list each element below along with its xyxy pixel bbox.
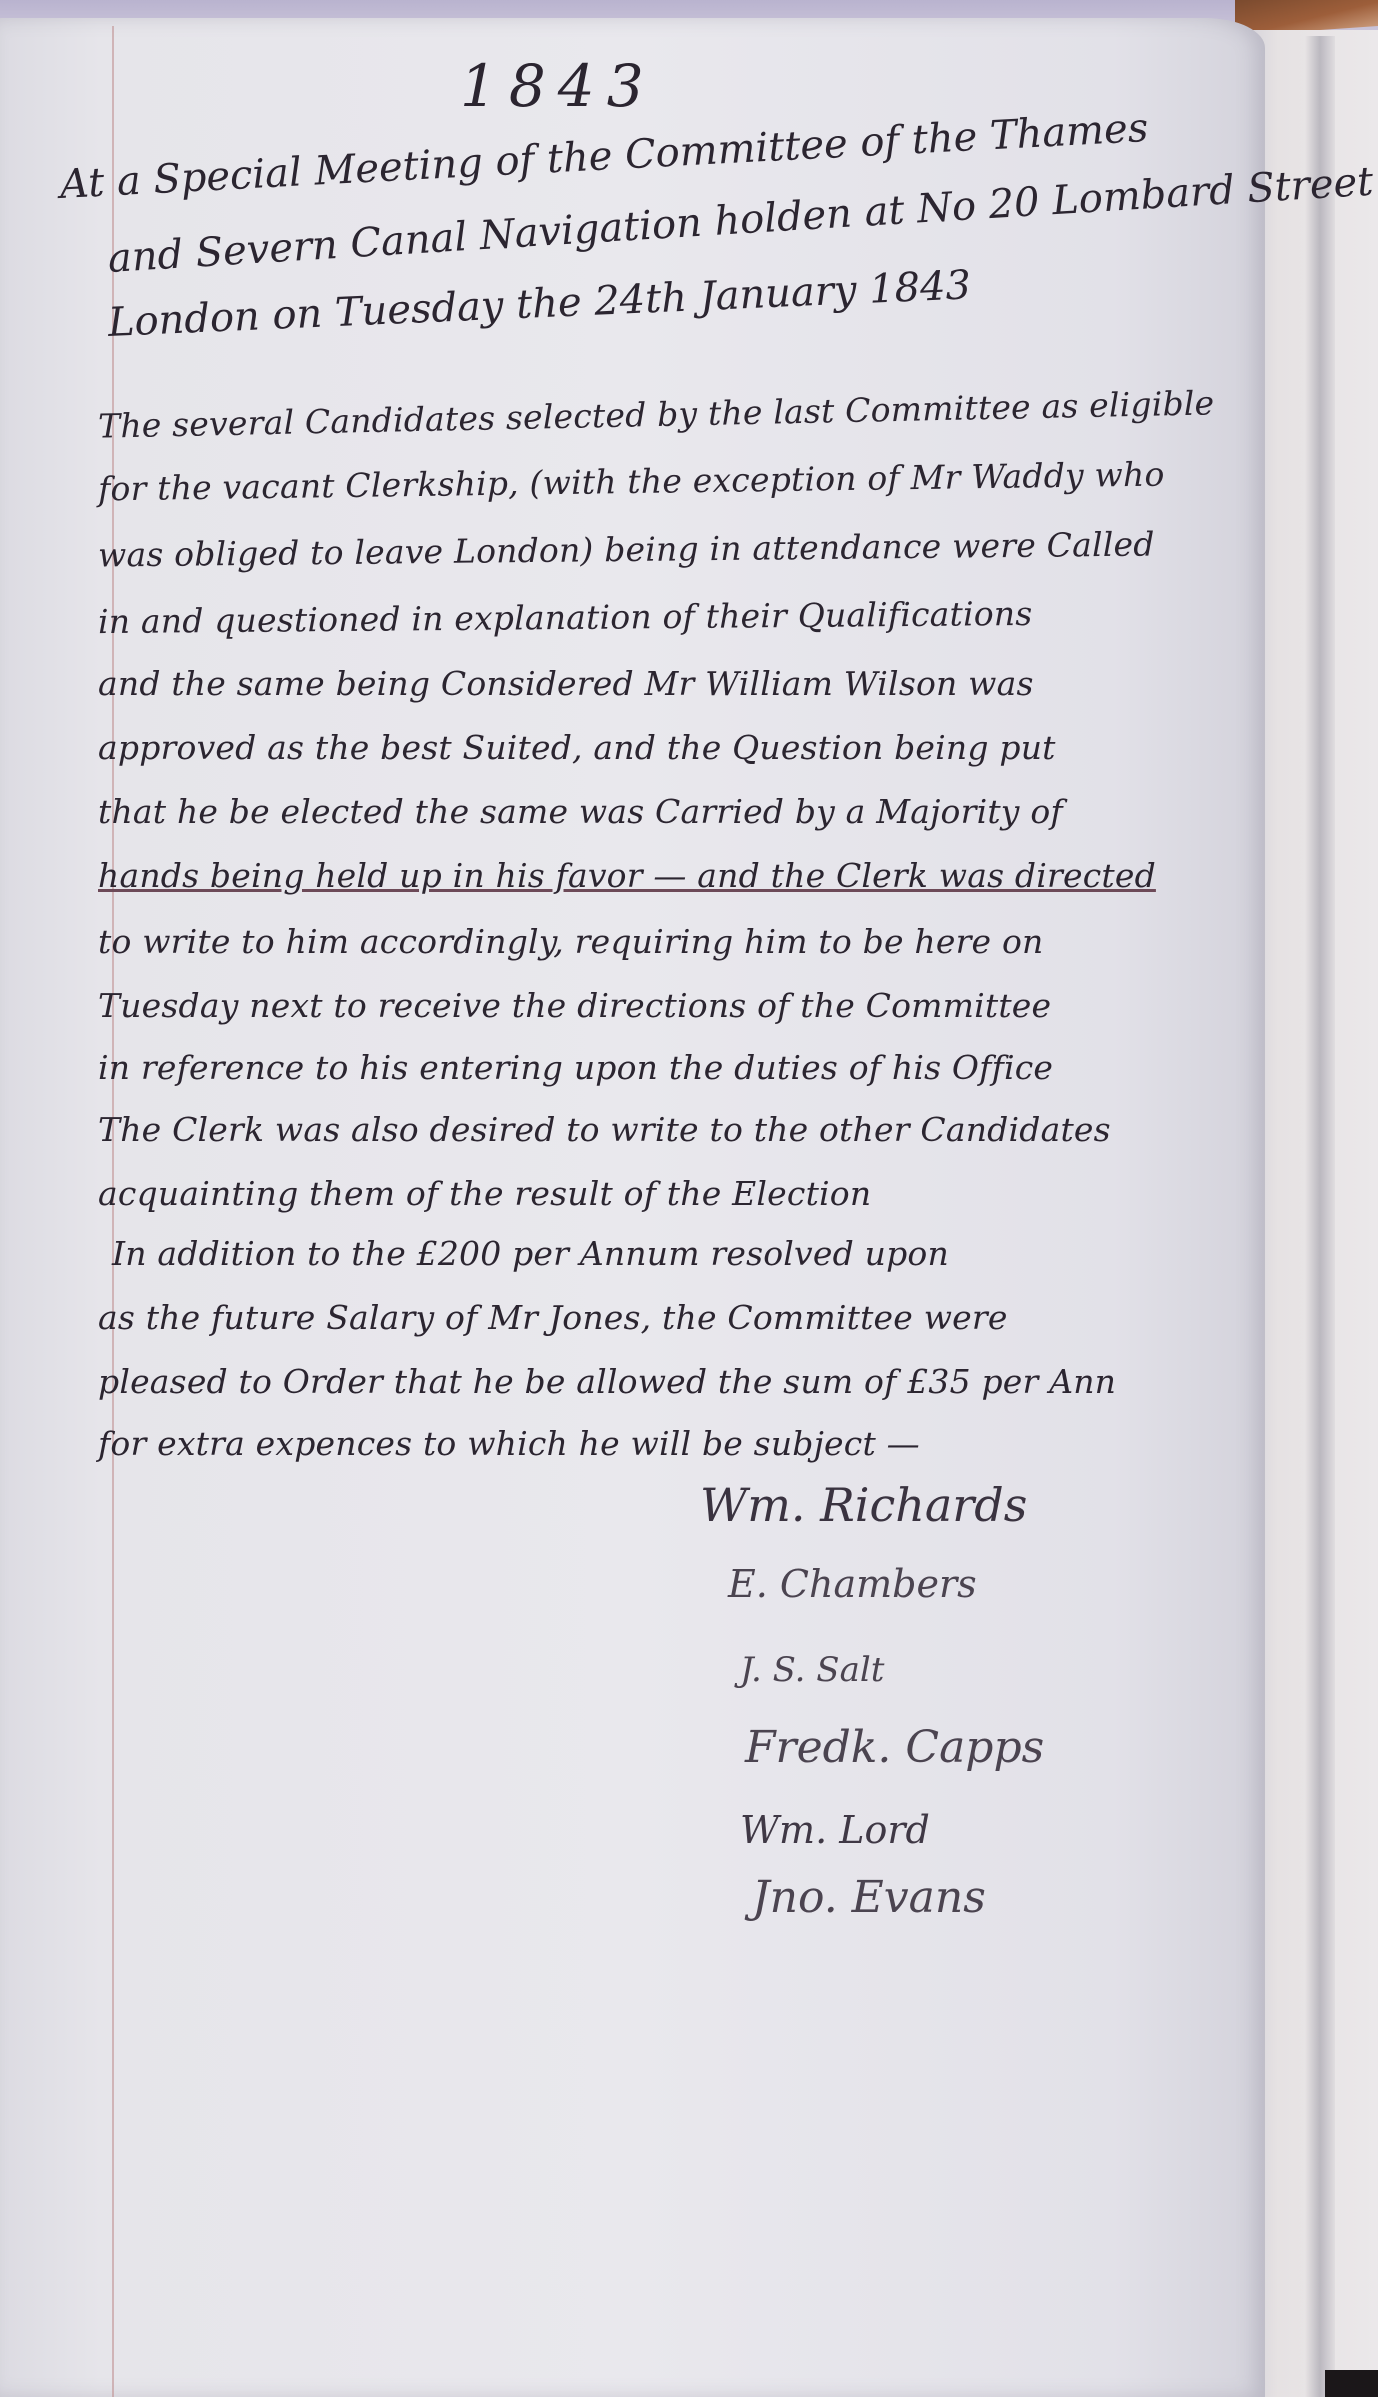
page-gutter-shadow [1305, 36, 1335, 2397]
minute-line: in reference to his entering upon the du… [98, 1048, 1053, 1087]
signature: Fredk. Capps [745, 1722, 1044, 1773]
year-header: 1843 [460, 52, 656, 120]
minute-line: and the same being Considered Mr William… [98, 664, 1034, 703]
minute-line: to write to him accordingly, requiring h… [98, 922, 1044, 961]
minute-line: approved as the best Suited, and the Que… [98, 728, 1056, 767]
minute-line: hands being held up in his favor — and t… [98, 856, 1156, 895]
minute-line: that he be elected the same was Carried … [98, 792, 1063, 831]
minute-line: acquainting them of the result of the El… [98, 1174, 871, 1213]
book-cover-corner [1325, 2370, 1378, 2397]
signature: J. S. Salt [740, 1650, 884, 1690]
minute-line: for extra expences to which he will be s… [98, 1424, 920, 1463]
signature: Wm. Richards [700, 1478, 1027, 1532]
signature: Jno. Evans [752, 1872, 986, 1923]
minute-line: Tuesday next to receive the directions o… [98, 986, 1051, 1025]
minute-line: in and questioned in explanation of thei… [98, 594, 1033, 641]
minute-line: In addition to the £200 per Annum resolv… [112, 1234, 949, 1273]
minute-line: as the future Salary of Mr Jones, the Co… [98, 1298, 1008, 1337]
minute-line: pleased to Order that he be allowed the … [98, 1362, 1116, 1401]
minute-line: The Clerk was also desired to write to t… [98, 1110, 1111, 1149]
signature: Wm. Lord [740, 1808, 930, 1852]
signature: E. Chambers [728, 1562, 977, 1606]
